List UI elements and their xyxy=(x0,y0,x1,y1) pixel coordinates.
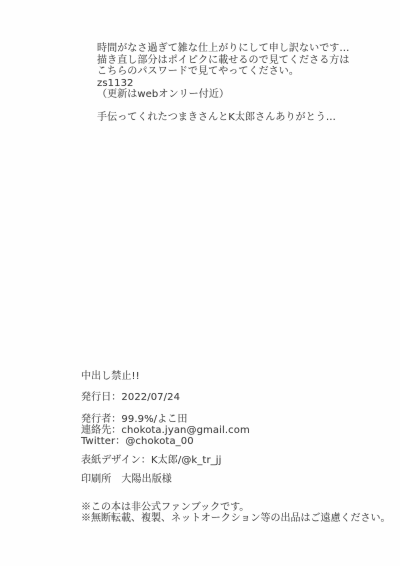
contact-email: 連絡先：chokota.jyan@gmail.com xyxy=(81,425,391,436)
printer-credit: 印刷所 大陽出版様 xyxy=(81,474,391,485)
afterword-line-3: こちらのパスワードで見てやってください。 xyxy=(97,66,350,78)
disclaimer-line-1: ※この本は非公式ファンブックです。 xyxy=(81,502,391,513)
cover-design-credit: 表紙デザイン：K太郎/@k_tr_jj xyxy=(81,455,391,466)
afterword-line-2: 描き直し部分はポイピクに載せるので見てくださる方は xyxy=(97,55,350,67)
thanks-line: 手伝ってくれたつまきさんとK太郎さんありがとう… xyxy=(97,112,350,124)
twitter-handle: Twitter：@chokota_00 xyxy=(81,436,391,447)
update-note: （更新はwebオンリー付近） xyxy=(97,89,350,101)
colophon-block: 中出し禁止!! 発行日：2022/07/24 発行者：99.9%/よこ田 連絡先… xyxy=(81,371,391,524)
publisher-name: 発行者：99.9%/よこ田 xyxy=(81,414,391,425)
disclaimer-line-2: ※無断転載、複製、ネットオークション等の出品はご遠慮ください。 xyxy=(81,513,391,524)
password-text: zs1132 xyxy=(97,78,350,90)
scanned-colophon-page: 時間がなさ過ぎて雑な仕上がりにして申し訳ないです… 描き直し部分はポイピクに載せ… xyxy=(0,0,400,566)
afterword-block: 時間がなさ過ぎて雑な仕上がりにして申し訳ないです… 描き直し部分はポイピクに載せ… xyxy=(97,43,350,124)
adult-notice: 中出し禁止!! xyxy=(81,371,391,382)
afterword-line-1: 時間がなさ過ぎて雑な仕上がりにして申し訳ないです… xyxy=(97,43,350,55)
publish-date: 発行日：2022/07/24 xyxy=(81,392,391,403)
disclaimer-block: ※この本は非公式ファンブックです。 ※無断転載、複製、ネットオークション等の出品… xyxy=(81,502,391,524)
